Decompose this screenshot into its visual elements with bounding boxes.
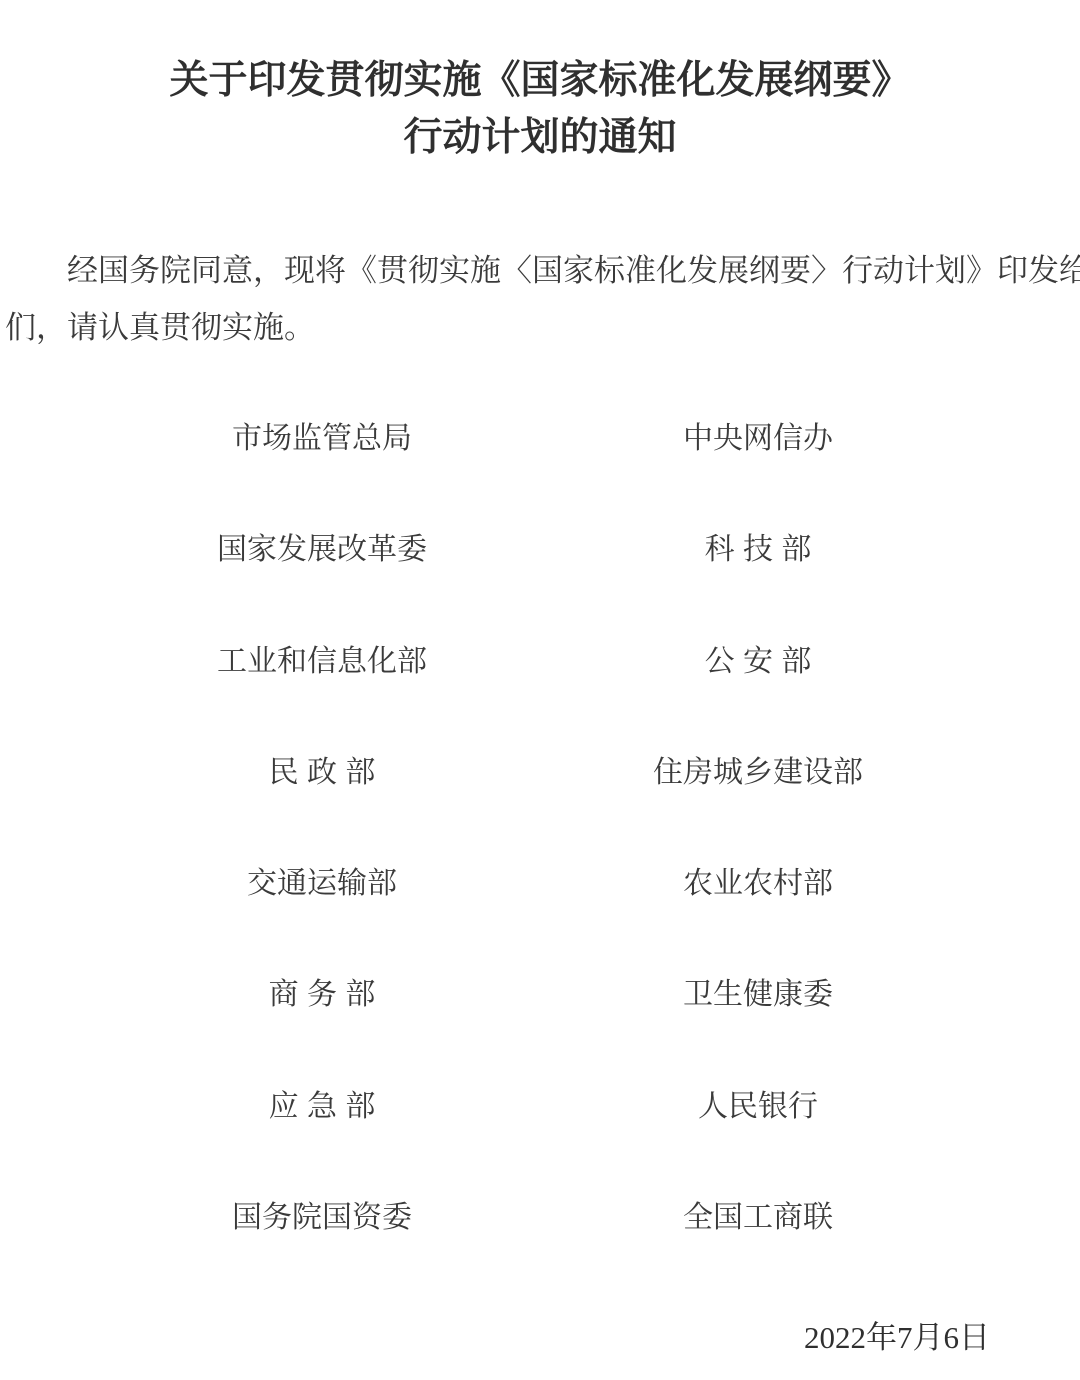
issuer-name: 中央网信办 [540, 421, 976, 532]
issuer-row: 国务院国资委 全国工商联 [104, 1200, 976, 1311]
issuer-name: 民 政 部 [104, 755, 540, 866]
issuer-name: 商 务 部 [104, 977, 540, 1088]
document-date: 2022年7月6日 [804, 1320, 990, 1356]
issuer-name: 公 安 部 [540, 644, 976, 755]
issuer-name: 农业农村部 [540, 866, 976, 977]
issuer-row: 商 务 部 卫生健康委 [104, 977, 976, 1088]
issuer-name: 国务院国资委 [104, 1200, 540, 1311]
issuer-row: 工业和信息化部 公 安 部 [104, 644, 976, 755]
issuer-name: 卫生健康委 [540, 977, 976, 1088]
issuer-row: 国家发展改革委 科 技 部 [104, 532, 976, 643]
issuer-row: 民 政 部 住房城乡建设部 [104, 755, 976, 866]
issuer-name: 国家发展改革委 [104, 532, 540, 643]
document-title-line-1: 关于印发贯彻实施《国家标准化发展纲要》 [0, 52, 1080, 109]
paragraph-line-2: 们，请认真贯彻实施。 [5, 299, 1075, 356]
notice-body-paragraph: 经国务院同意，现将《贯彻实施〈国家标准化发展纲要〉行动计划》印发给你 们，请认真… [5, 242, 1075, 356]
issuer-name: 市场监管总局 [104, 421, 540, 532]
issuer-name: 工业和信息化部 [104, 644, 540, 755]
paragraph-line-1: 经国务院同意，现将《贯彻实施〈国家标准化发展纲要〉行动计划》印发给你 [5, 242, 1075, 299]
issuer-name: 科 技 部 [540, 532, 976, 643]
issuing-agencies-list: 市场监管总局 中央网信办 国家发展改革委 科 技 部 工业和信息化部 公 安 部… [104, 421, 976, 1311]
document-title: 关于印发贯彻实施《国家标准化发展纲要》 行动计划的通知 [0, 52, 1080, 166]
document-title-line-2: 行动计划的通知 [0, 109, 1080, 166]
issuer-row: 交通运输部 农业农村部 [104, 866, 976, 977]
issuer-name: 人民银行 [540, 1089, 976, 1200]
issuer-name: 全国工商联 [540, 1200, 976, 1311]
issuer-row: 市场监管总局 中央网信办 [104, 421, 976, 532]
issuer-name: 住房城乡建设部 [540, 755, 976, 866]
issuer-name: 应 急 部 [104, 1089, 540, 1200]
issuer-name: 交通运输部 [104, 866, 540, 977]
issuer-row: 应 急 部 人民银行 [104, 1089, 976, 1200]
